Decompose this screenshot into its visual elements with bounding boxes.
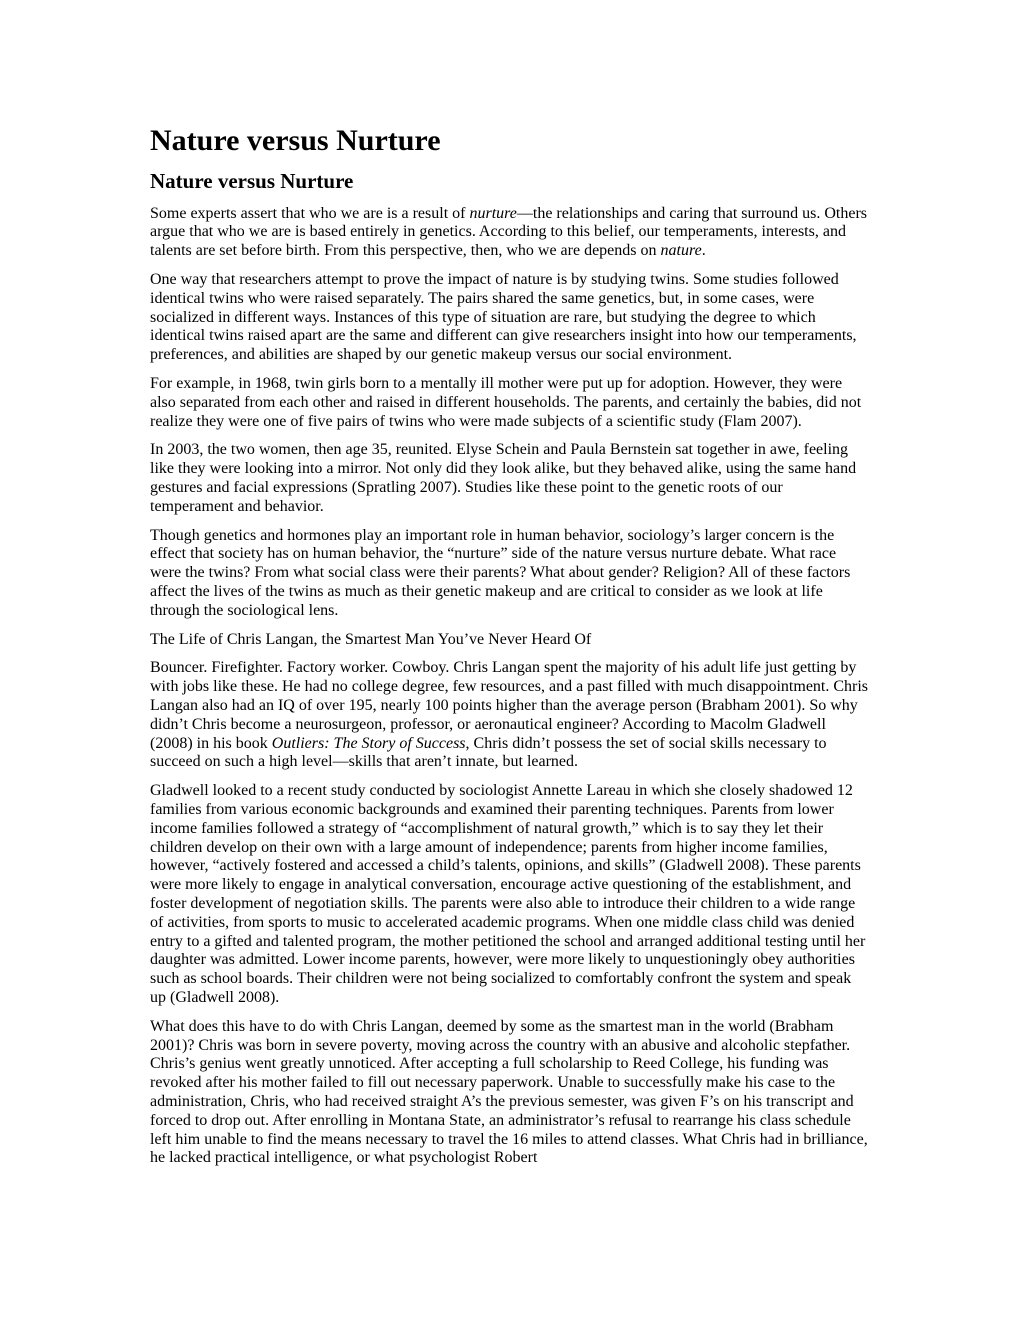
text-run: Gladwell looked to a recent study conduc… xyxy=(150,782,865,1006)
document-body: Some experts assert that who we are is a… xyxy=(150,205,870,1168)
paragraph: Though genetics and hormones play an imp… xyxy=(150,527,870,621)
text-run: What does this have to do with Chris Lan… xyxy=(150,1018,868,1167)
text-run: Some experts assert that who we are is a… xyxy=(150,205,469,222)
document-title: Nature versus Nurture xyxy=(150,124,870,159)
paragraph: One way that researchers attempt to prov… xyxy=(150,271,870,365)
italic-text-run: nature xyxy=(661,242,702,259)
text-run: One way that researchers attempt to prov… xyxy=(150,271,857,363)
section-heading: Nature versus Nurture xyxy=(150,169,870,193)
text-run: For example, in 1968, twin girls born to… xyxy=(150,375,861,430)
text-run: The Life of Chris Langan, the Smartest M… xyxy=(150,631,591,648)
paragraph: Some experts assert that who we are is a… xyxy=(150,205,870,261)
text-run: . xyxy=(702,242,706,259)
paragraph: Bouncer. Firefighter. Factory worker. Co… xyxy=(150,659,870,772)
text-run: In 2003, the two women, then age 35, reu… xyxy=(150,441,856,514)
document-page: Nature versus Nurture Nature versus Nurt… xyxy=(0,0,1020,1320)
paragraph: For example, in 1968, twin girls born to… xyxy=(150,375,870,431)
italic-text-run: Outliers: The Story of Success xyxy=(272,735,466,752)
paragraph: The Life of Chris Langan, the Smartest M… xyxy=(150,631,870,650)
text-run: Though genetics and hormones play an imp… xyxy=(150,527,850,619)
paragraph: Gladwell looked to a recent study conduc… xyxy=(150,782,870,1008)
paragraph: In 2003, the two women, then age 35, reu… xyxy=(150,441,870,516)
italic-text-run: nurture xyxy=(469,205,516,222)
paragraph: What does this have to do with Chris Lan… xyxy=(150,1018,870,1168)
